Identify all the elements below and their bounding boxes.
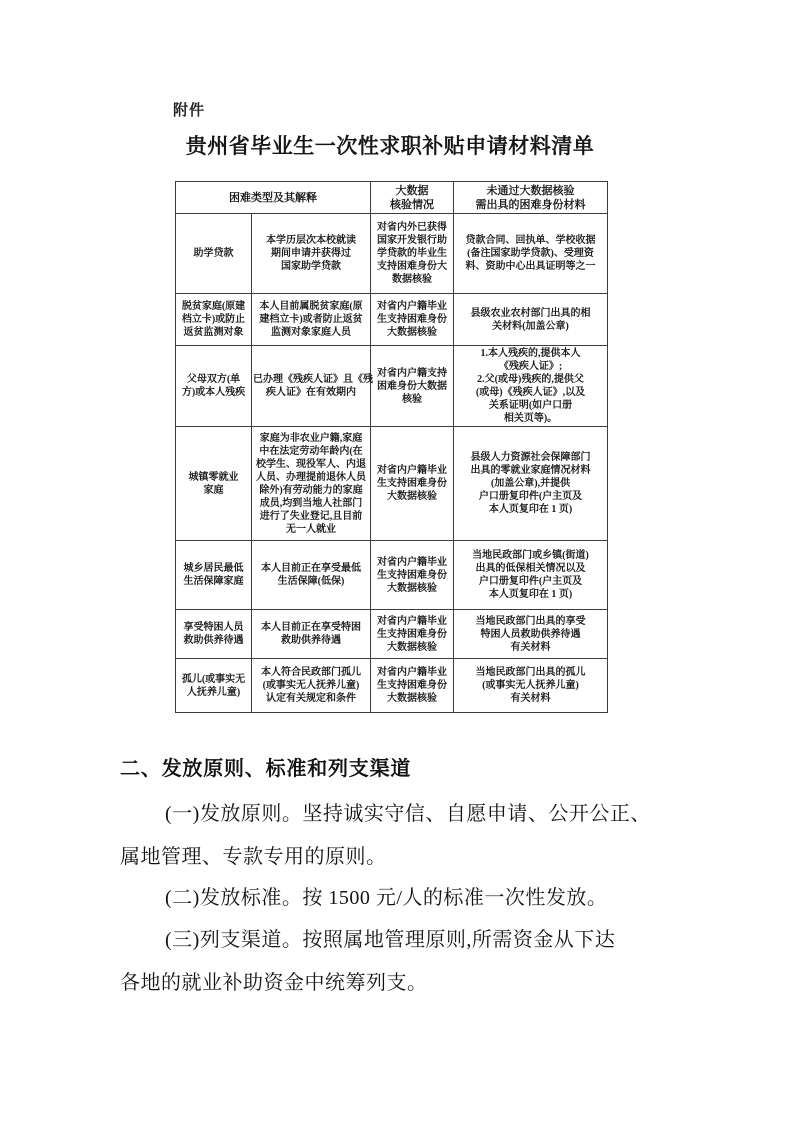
cell-type: 孤儿(或事实无 人抚养儿童) [176,659,252,713]
cell-explanation: 本人目前正在享受最低 生活保障(低保) [252,541,371,610]
table-row: 孤儿(或事实无 人抚养儿童) 本人符合民政部门孤儿 (或事实无人抚养儿童) 认定… [176,659,608,713]
header-bigdata-check: 大数据 核验情况 [371,182,454,214]
cell-explanation: 家庭为非农业户籍,家庭 中在法定劳动年龄内(在 校学生、现役军人、内退 人员、办… [252,427,371,541]
cell-bigdata: 对省内户籍支持 困难身份大数据 核验 [371,346,454,427]
paragraph-issuance-standard: (二)发放标准。按 1500 元/人的标准一次性发放。 [120,877,680,920]
cell-explanation: 本人目前正在享受特困 救助供养待遇 [252,610,371,659]
cell-explanation: 本人目前属脱贫家庭(原 建档立卡)或者防止返贫 监测对象家庭人员 [252,294,371,346]
cell-materials: 县级农业农村部门出具的相 关材料(加盖公章) [454,294,608,346]
table-row: 享受特困人员 救助供养待遇 本人目前正在享受特困 救助供养待遇 对省内户籍毕业 … [176,610,608,659]
cell-bigdata: 对省内户籍毕业 生支持困难身份 大数据核验 [371,610,454,659]
header-materials-needed: 未通过大数据核验 需出具的困难身份材料 [454,182,608,214]
cell-materials: 当地民政部门或乡镇(街道) 出具的低保相关情况以及 户口册复印件(户主页及 本人… [454,541,608,610]
cell-type: 享受特困人员 救助供养待遇 [176,610,252,659]
paragraph-issuance-principle: (一)发放原则。坚持诚实守信、自愿申请、公开公正、 属地管理、专款专用的原则。 [120,793,680,879]
cell-bigdata: 对省内户籍毕业 生支持困难身份 大数据核验 [371,541,454,610]
table-row: 助学贷款 本学历层次本校就读 期间申请并获得过 国家助学贷款 对省内外已获得 国… [176,214,608,294]
cell-type: 父母双方(单 方)或本人残疾 [176,346,252,427]
cell-bigdata: 对省内户籍毕业 生支持困难身份 大数据核验 [371,294,454,346]
materials-table: 困难类型及其解释 大数据 核验情况 未通过大数据核验 需出具的困难身份材料 助学… [175,181,608,713]
attachment-label: 附件 [173,99,205,120]
table-row: 脱贫家庭(原建 档立卡)或防止 返贫监测对象 本人目前属脱贫家庭(原 建档立卡)… [176,294,608,346]
table-row: 城乡居民最低 生活保障家庭 本人目前正在享受最低 生活保障(低保) 对省内户籍毕… [176,541,608,610]
table-header-row: 困难类型及其解释 大数据 核验情况 未通过大数据核验 需出具的困难身份材料 [176,182,608,214]
header-difficulty-type: 困难类型及其解释 [176,182,371,214]
paragraph-funding-channel: (三)列支渠道。按照属地管理原则,所需资金从下达 各地的就业补助资金中统筹列支。 [120,919,680,1005]
cell-bigdata: 对省内户籍毕业 生支持困难身份 大数据核验 [371,427,454,541]
page-title: 贵州省毕业生一次性求职补贴申请材料清单 [150,130,630,160]
cell-materials: 县级人力资源社会保障部门 出具的零就业家庭情况材料 (加盖公章),并提供 户口册… [454,427,608,541]
cell-type: 城乡居民最低 生活保障家庭 [176,541,252,610]
cell-bigdata: 对省内外已获得 国家开发银行助 学贷款的毕业生 支持困难身份大 数据核验 [371,214,454,294]
cell-type: 城镇零就业 家庭 [176,427,252,541]
document-page: 附件 贵州省毕业生一次性求职补贴申请材料清单 困难类型及其解释 大数据 核验情况… [0,0,793,1122]
cell-explanation: 本学历层次本校就读 期间申请并获得过 国家助学贷款 [252,214,371,294]
cell-explanation: 已办理《残疾人证》且《残 疾人证》在有效期内 [252,346,371,427]
cell-materials: 当地民政部门出具的孤儿 (或事实无人抚养儿童) 有关材料 [454,659,608,713]
section-heading: 二、发放原则、标准和列支渠道 [120,752,411,781]
table-row: 城镇零就业 家庭 家庭为非农业户籍,家庭 中在法定劳动年龄内(在 校学生、现役军… [176,427,608,541]
cell-type: 助学贷款 [176,214,252,294]
cell-explanation: 本人符合民政部门孤儿 (或事实无人抚养儿童) 认定有关规定和条件 [252,659,371,713]
cell-materials: 1.本人残疾的,提供本人 《残疾人证》; 2.父(或母)残疾的,提供父 (或母)… [454,346,608,427]
cell-materials: 贷款合同、回执单、学校收据 (备注国家助学贷款)、受理资 料、资助中心出具证明等… [454,214,608,294]
cell-materials: 当地民政部门出具的享受 特困人员救助供养待遇 有关材料 [454,610,608,659]
table-row: 父母双方(单 方)或本人残疾 已办理《残疾人证》且《残 疾人证》在有效期内 对省… [176,346,608,427]
cell-bigdata: 对省内户籍毕业 生支持困难身份 大数据核验 [371,659,454,713]
cell-type: 脱贫家庭(原建 档立卡)或防止 返贫监测对象 [176,294,252,346]
